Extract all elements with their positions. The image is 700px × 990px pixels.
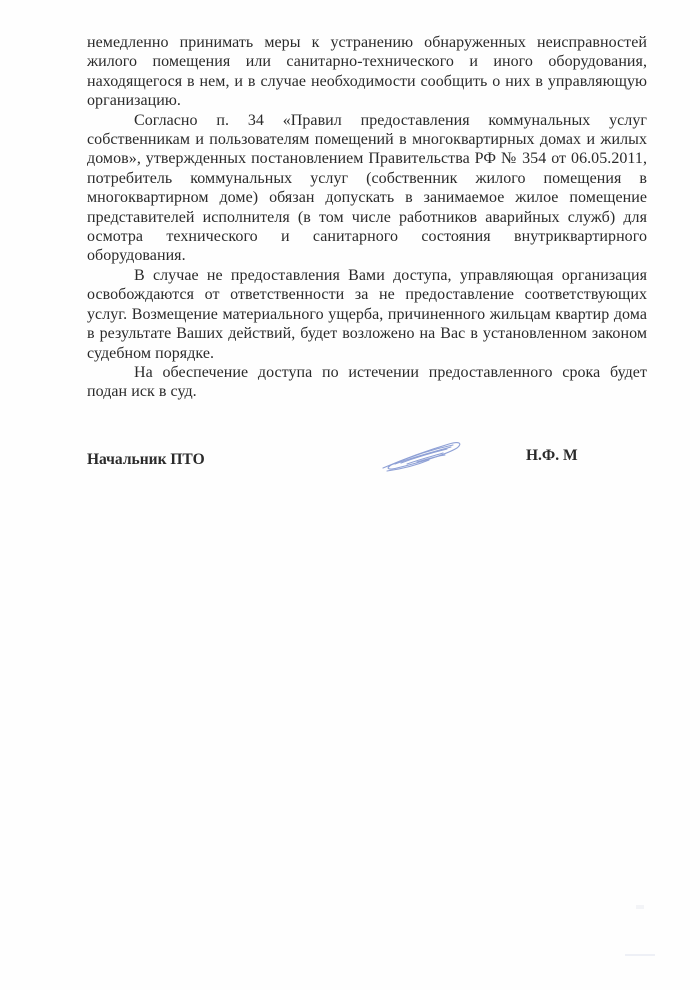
signatory-name: Н.Ф. М (526, 447, 578, 465)
paragraph-repair-duty: немедленно принимать меры к устранению о… (87, 33, 647, 111)
document-page: немедленно принимать меры к устранению о… (0, 0, 700, 990)
handwritten-signature-icon (377, 438, 467, 474)
signature-block: Начальник ПТО Н.Ф. М (87, 447, 647, 477)
signatory-title: Начальник ПТО (87, 451, 205, 469)
paragraph-rules-clause-34: Согласно п. 34 «Правил предоставления ко… (87, 111, 647, 266)
paragraph-liability: В случае не предоставления Вами доступа,… (87, 266, 647, 363)
paragraph-lawsuit-notice: На обеспечение доступа по истечении пред… (87, 363, 647, 402)
scan-artifact (625, 954, 655, 956)
scan-artifact (636, 905, 644, 909)
letter-body: немедленно принимать меры к устранению о… (87, 33, 647, 402)
